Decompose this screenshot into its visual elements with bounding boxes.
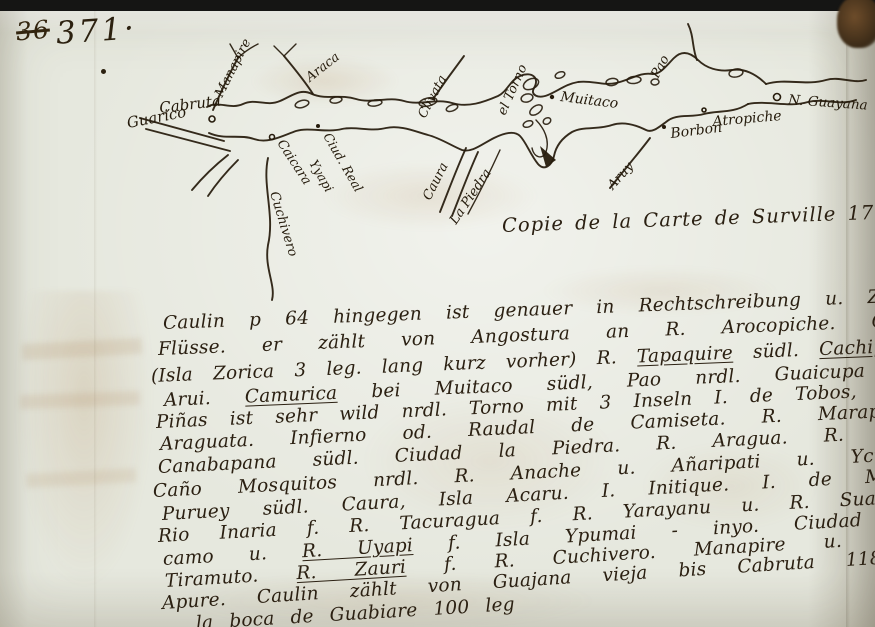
underlined-text: Tapaquire — [636, 343, 733, 368]
notes-block: Caulin p 64 hingegen ist genauer in Rech… — [0, 0, 875, 627]
text-segment: Arui. — [164, 388, 212, 411]
underlined-text: Cachipo — [819, 336, 875, 360]
text-segment: südl. — [753, 340, 800, 363]
